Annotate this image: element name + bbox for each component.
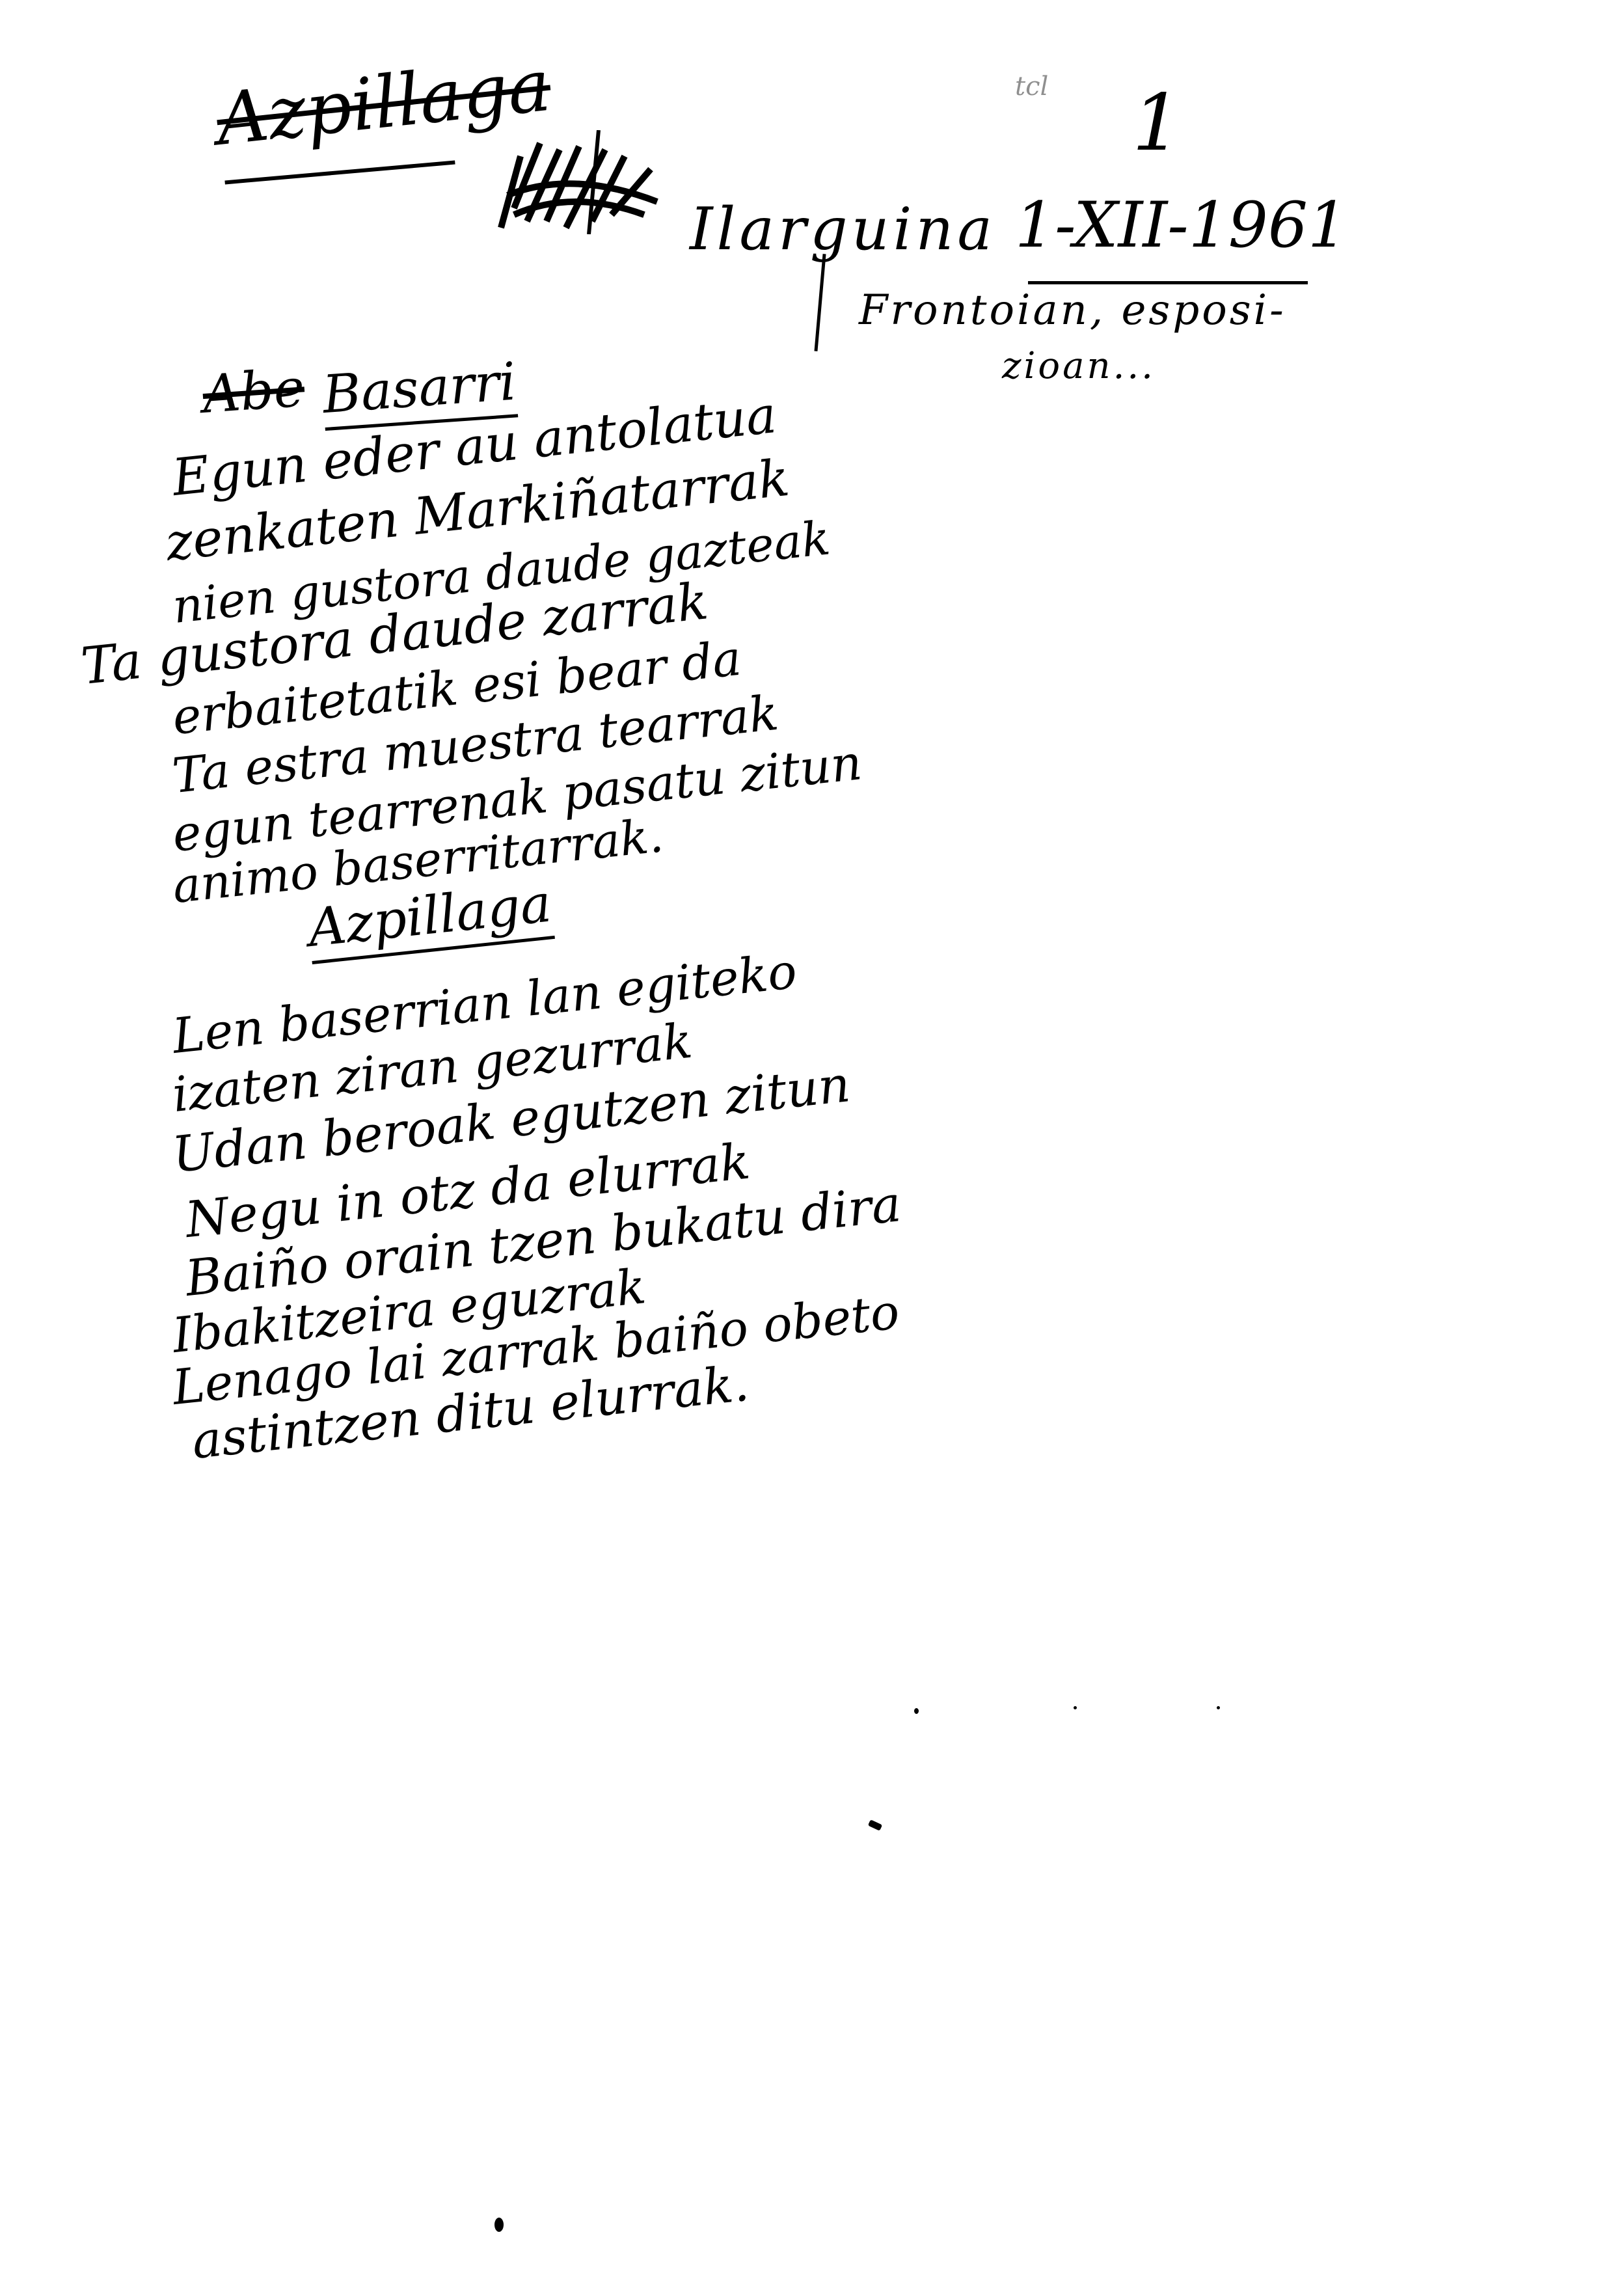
page-number: 1 — [1132, 78, 1182, 169]
stray-dash — [868, 1819, 882, 1831]
stray-dot-large — [494, 2218, 504, 2232]
stray-dot — [1074, 1706, 1077, 1709]
verse1-struck-prefix: Abe — [201, 357, 306, 425]
scribble-mark — [494, 130, 664, 234]
bracket-line — [814, 254, 826, 351]
date-underline — [1028, 281, 1308, 284]
stray-dot — [914, 1708, 919, 1714]
archive-mark: tcl — [1015, 72, 1048, 102]
place-name: Ilarguina — [690, 195, 996, 264]
note-line-2: zioan... — [1002, 345, 1156, 387]
note-line-1: Frontoian, esposi- — [859, 286, 1286, 334]
manuscript-page: Azpillaga tcl 1 Ilarguina 1-XII-1961 Fro… — [0, 0, 1624, 2282]
stray-dot — [1217, 1706, 1220, 1709]
struck-name-underline — [224, 161, 455, 185]
date: 1-XII-1961 — [1015, 189, 1347, 262]
